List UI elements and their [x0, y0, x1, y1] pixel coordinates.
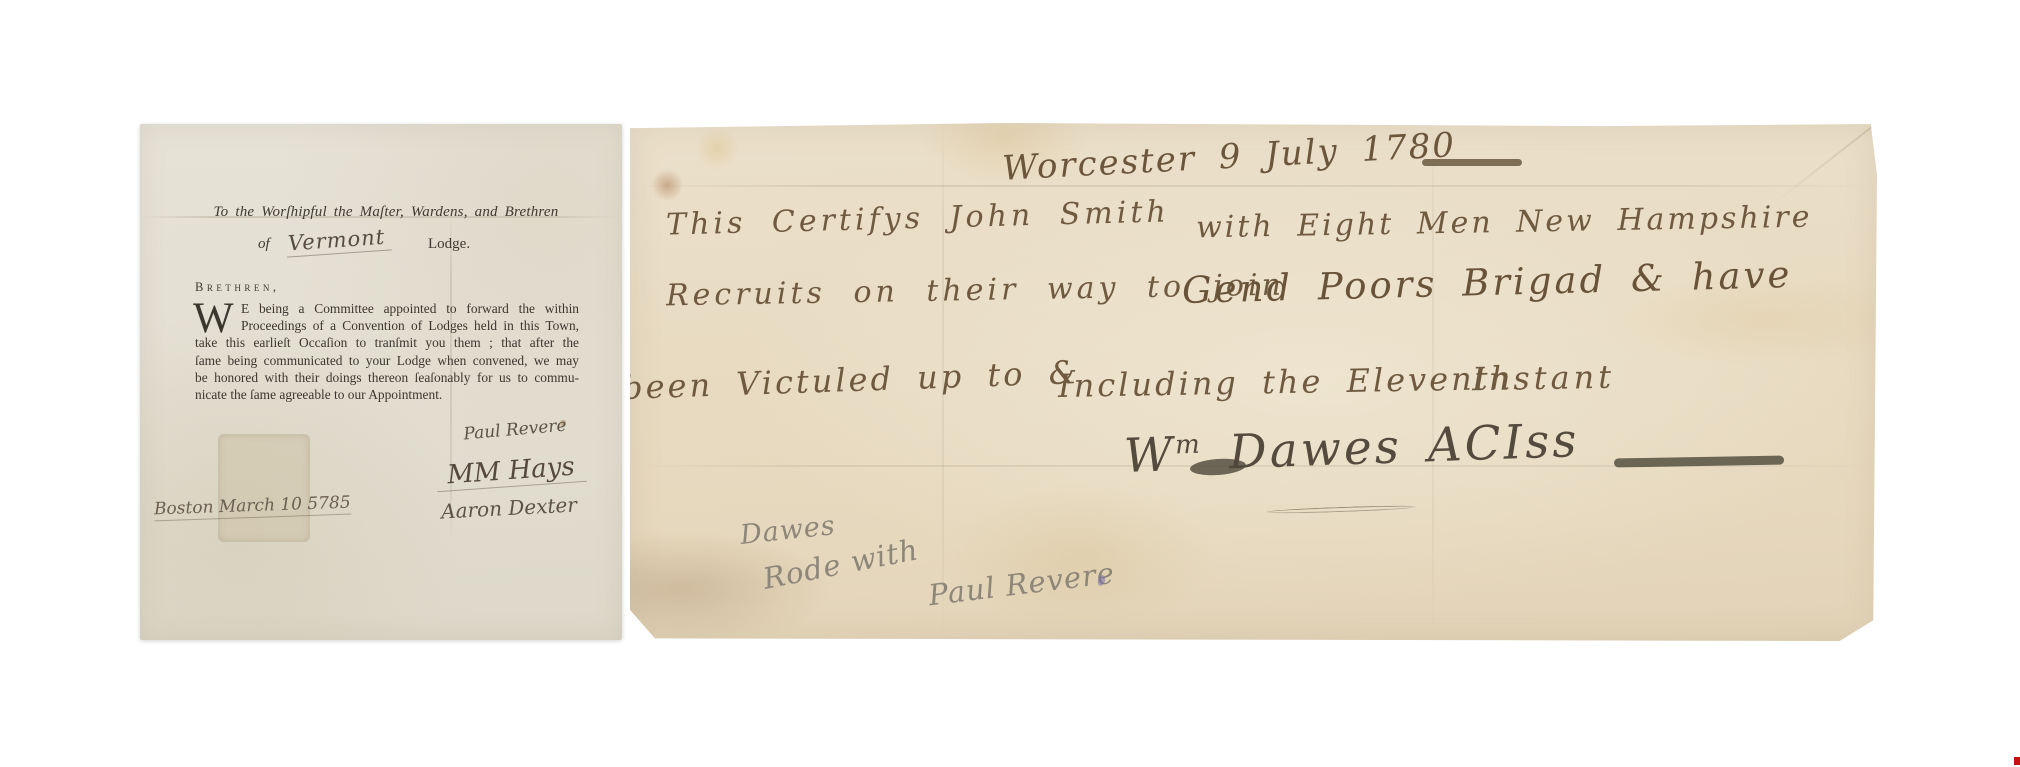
certificate-line3-left: been Victuled up to & [630, 353, 1081, 407]
body-line: take this earlieſt Occaſion to tranſmit … [195, 334, 579, 351]
lodge-name-handwritten: Vermont [285, 224, 392, 257]
photo-stage: To the Worſhipful the Maſter, Wardens, a… [0, 0, 2020, 767]
corner-wear-crease [1772, 123, 1877, 205]
worcester-dateline: Worcester 9 July 1780 [1001, 125, 1457, 189]
signature-rest: Dawes ACIss [1228, 413, 1580, 480]
certificate-line2-right: Gend Poors Brigad & have [1182, 253, 1793, 312]
certificate-line3-middle: Including the Eleventh [1058, 359, 1515, 405]
body-line: E being a Committee appointed to forward… [195, 300, 579, 317]
signature-initial: W [1123, 427, 1176, 484]
left-document-paper: To the Worſhipful the Maſter, Wardens, a… [140, 124, 622, 640]
letter-body: W E being a Committee appointed to forwa… [195, 300, 579, 403]
dropcap-w: W [193, 302, 234, 336]
red-corner-mark [2014, 757, 2020, 765]
pencil-note-paul-revere: Paul Revere [927, 556, 1117, 613]
lodge-line-word: Lodge. [428, 236, 470, 253]
pencil-note-dawes: Dawes [739, 510, 837, 551]
left-paper-stain [218, 434, 310, 542]
body-line: ſame being communicated to your Lodge wh… [195, 352, 579, 369]
signature-wm-dawes: Wm Dawes ACIss [1123, 413, 1580, 484]
signature-paul-revere: Paul Revere [439, 414, 590, 447]
lodge-line-of: of [258, 236, 270, 253]
salutation: Brethren, [195, 280, 279, 295]
lodge-line: of Vermont Lodge. [250, 228, 530, 258]
certificate-line1-right: with Eight Men New Hampshire [1196, 200, 1813, 246]
certificate-line1-left: This Certifys John Smith [666, 194, 1171, 242]
right-fold-crease-1 [630, 185, 1877, 187]
right-document-paper: Worcester 9 July 1780 This Certifys John… [630, 123, 1877, 641]
signature-underline-flourish [1266, 504, 1416, 514]
body-line: nicate the ſame agreeable to our Appoint… [195, 386, 579, 403]
certificate-line3-right: Instant [1472, 358, 1616, 398]
dateline-flourish-dash [1422, 159, 1522, 166]
boston-dateline: Boston March 10 5785 [154, 493, 351, 522]
body-line: be honored with their doings thereon ſea… [195, 369, 579, 386]
body-line: Proceedings of a Convention of Lodges he… [195, 317, 579, 334]
signature-mm-hays: MM Hays [435, 451, 587, 492]
signature-superscript: m [1175, 430, 1204, 461]
address-line: To the Worſhipful the Maſter, Wardens, a… [196, 204, 576, 221]
